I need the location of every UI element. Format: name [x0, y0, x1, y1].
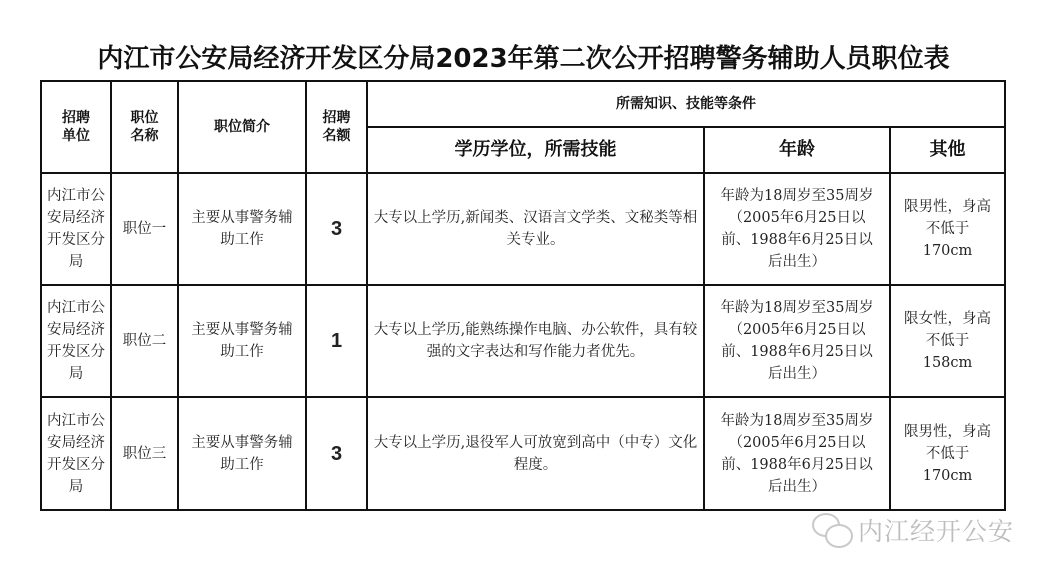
wechat-icon — [812, 513, 852, 547]
cell-age: 年龄为18周岁至35周岁（2005年6月25日以前、1988年6月25日以后出生… — [704, 173, 890, 285]
cell-other: 限男性，身高不低于170cm — [890, 397, 1005, 510]
watermark: 内江经开公安 — [812, 512, 1014, 548]
table-row: 内江市公安局经济开发区分局 职位三 主要从事警务辅助工作 3 大专以上学历,退役… — [41, 397, 1005, 510]
position-table: 招聘 单位 职位 名称 职位简介 招聘 名额 所需知识、技能等条件 学历学位，所… — [40, 80, 1006, 511]
header-age: 年龄 — [704, 127, 890, 173]
cell-education: 大专以上学历,新闻类、汉语言文学类、文秘类等相关专业。 — [367, 173, 704, 285]
header-other: 其他 — [890, 127, 1005, 173]
header-education: 学历学位，所需技能 — [367, 127, 704, 173]
cell-unit: 内江市公安局经济开发区分局 — [41, 285, 111, 397]
cell-age: 年龄为18周岁至35周岁（2005年6月25日以前、1988年6月25日以后出生… — [704, 285, 890, 397]
cell-description: 主要从事警务辅助工作 — [178, 173, 306, 285]
page-title: 内江市公安局经济开发区分局2023年第二次公开招聘警务辅助人员职位表 — [0, 38, 1047, 75]
cell-position: 职位二 — [111, 285, 178, 397]
cell-quota: 3 — [306, 173, 367, 285]
table-row: 内江市公安局经济开发区分局 职位一 主要从事警务辅助工作 3 大专以上学历,新闻… — [41, 173, 1005, 285]
cell-other: 限女性，身高不低于158cm — [890, 285, 1005, 397]
cell-education: 大专以上学历,能熟练操作电脑、办公软件，具有较强的文字表达和写作能力者优先。 — [367, 285, 704, 397]
header-description: 职位简介 — [178, 81, 306, 173]
cell-quota: 3 — [306, 397, 367, 510]
cell-unit: 内江市公安局经济开发区分局 — [41, 397, 111, 510]
cell-position: 职位三 — [111, 397, 178, 510]
watermark-text: 内江经开公安 — [858, 512, 1014, 548]
cell-position: 职位一 — [111, 173, 178, 285]
header-unit: 招聘 单位 — [41, 81, 111, 173]
cell-unit: 内江市公安局经济开发区分局 — [41, 173, 111, 285]
cell-other: 限男性，身高不低于170cm — [890, 173, 1005, 285]
cell-quota: 1 — [306, 285, 367, 397]
header-conditions: 所需知识、技能等条件 — [367, 81, 1005, 127]
header-quota: 招聘 名额 — [306, 81, 367, 173]
cell-description: 主要从事警务辅助工作 — [178, 397, 306, 510]
table-row: 内江市公安局经济开发区分局 职位二 主要从事警务辅助工作 1 大专以上学历,能熟… — [41, 285, 1005, 397]
cell-education: 大专以上学历,退役军人可放宽到高中（中专）文化程度。 — [367, 397, 704, 510]
cell-age: 年龄为18周岁至35周岁（2005年6月25日以前、1988年6月25日以后出生… — [704, 397, 890, 510]
cell-description: 主要从事警务辅助工作 — [178, 285, 306, 397]
header-position: 职位 名称 — [111, 81, 178, 173]
